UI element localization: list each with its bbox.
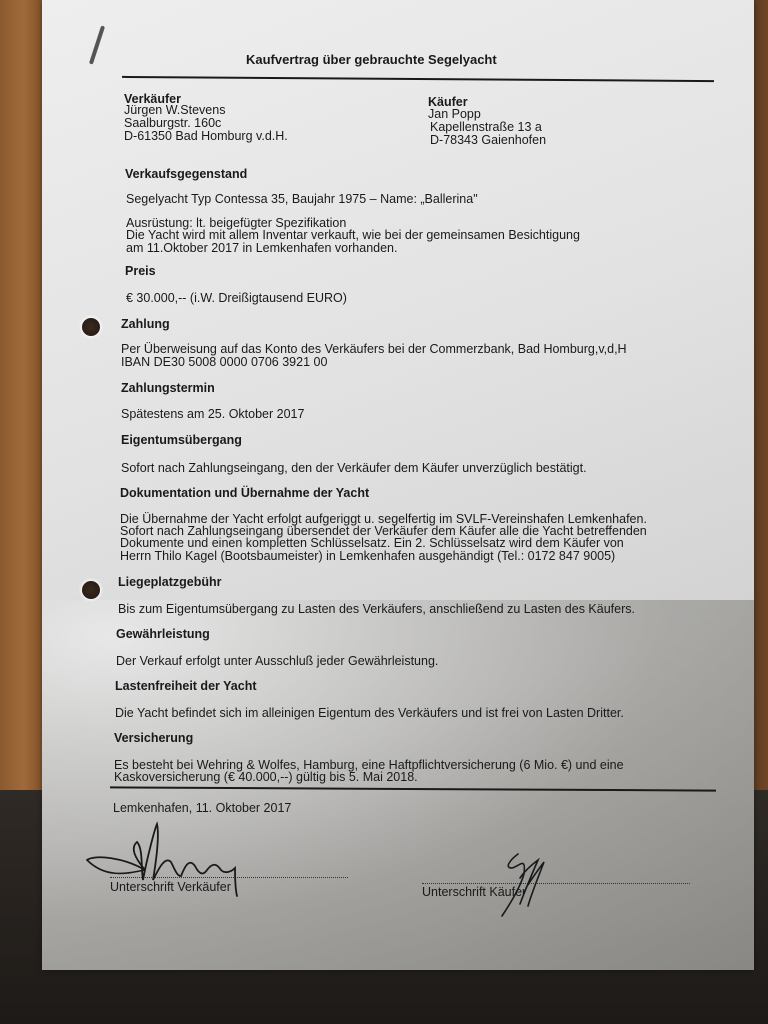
title-divider	[122, 76, 714, 82]
section-text: Der Verkauf erfolgt unter Ausschluß jede…	[116, 655, 438, 668]
buyer-signature-icon	[480, 848, 560, 920]
section-heading: Versicherung	[114, 732, 193, 745]
section-text: Die Yacht befindet sich im alleinigen Ei…	[115, 707, 624, 720]
seller-city: D-61350 Bad Homburg v.d.H.	[124, 130, 288, 143]
section-heading: Zahlungstermin	[121, 382, 215, 395]
section-text: Spätestens am 25. Oktober 2017	[121, 408, 304, 421]
document-title: Kaufvertrag über gebrauchte Segelyacht	[246, 53, 497, 66]
section-text: Bis zum Eigentumsübergang zu Lasten des …	[118, 603, 635, 616]
section-text: IBAN DE30 5008 0000 0706 3921 00	[121, 356, 327, 369]
section-heading: Lastenfreiheit der Yacht	[115, 680, 257, 693]
section-text: Sofort nach Zahlungseingang, den der Ver…	[121, 462, 587, 475]
place-date: Lemkenhafen, 11. Oktober 2017	[113, 802, 291, 815]
section-heading: Dokumentation und Übernahme der Yacht	[120, 487, 369, 500]
section-text: am 11.Oktober 2017 in Lemkenhafen vorhan…	[126, 242, 397, 255]
section-text: Herrn Thilo Kagel (Bootsbaumeister) in L…	[120, 550, 615, 563]
section-text: Segelyacht Typ Contessa 35, Baujahr 1975…	[126, 193, 478, 206]
section-text: Kaskoversicherung (€ 40.000,--) gültig b…	[114, 771, 418, 784]
contract-document: Kaufvertrag über gebrauchte Segelyacht V…	[0, 0, 768, 1024]
section-heading: Verkaufsgegenstand	[125, 168, 247, 181]
section-heading: Preis	[125, 265, 156, 278]
section-text: € 30.000,-- (i.W. Dreißigtausend EURO)	[126, 292, 347, 305]
section-heading: Gewährleistung	[116, 628, 210, 641]
section-heading: Zahlung	[121, 318, 170, 331]
seller-signature-icon	[85, 818, 275, 898]
section-heading: Eigentumsübergang	[121, 434, 242, 447]
signature-divider	[110, 786, 716, 791]
buyer-city: D-78343 Gaienhofen	[430, 134, 546, 147]
section-heading: Liegeplatzgebühr	[118, 576, 221, 589]
